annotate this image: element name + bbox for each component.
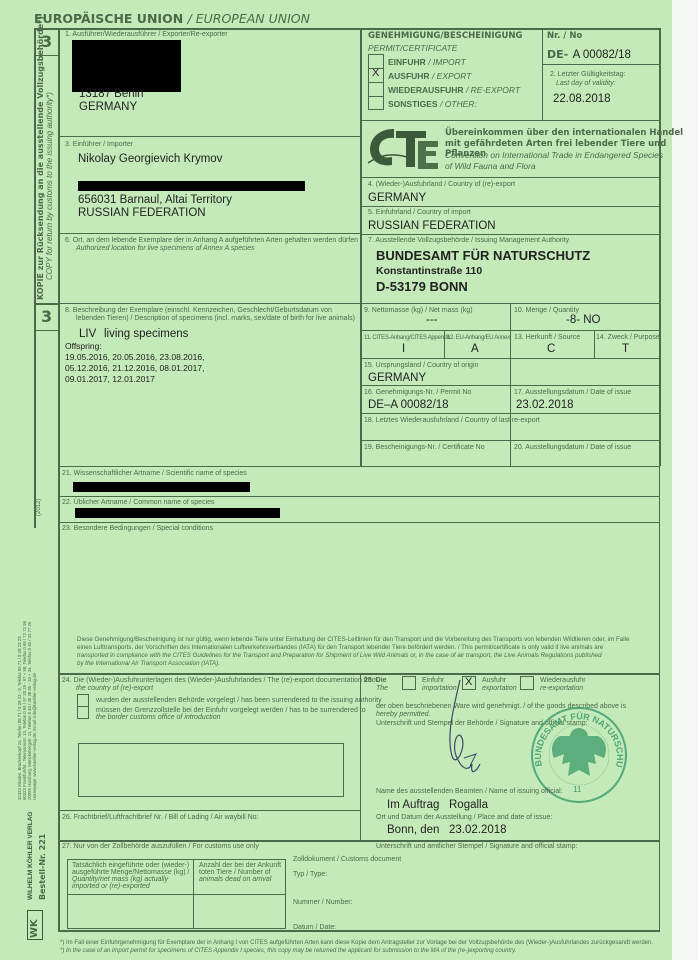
field27-label: 27. Nur von der Zollbehörde auszufüllen … xyxy=(62,843,259,851)
field3-label: 3. Einführer / Importer xyxy=(65,141,133,149)
redacted-importer-address xyxy=(78,181,305,191)
customs-type-label: Typ / Type: xyxy=(293,871,327,879)
cites-title-de-1: Übereinkommen über den internationalen H… xyxy=(445,128,683,138)
field1-label: 1. Ausführer/Wiederausführer / Exporter/… xyxy=(65,31,228,39)
cites-logo-icon xyxy=(364,123,442,175)
side-note-de: KOPIE zur Rücksendung an die ausstellend… xyxy=(36,16,45,300)
customs-document-label: Zolldokument / Customs document xyxy=(293,856,401,864)
footnote-de: *) Im Fall einer Einfuhrgenehmigung für … xyxy=(60,939,653,947)
exporter-country: GERMANY xyxy=(79,101,137,113)
field25-prefix: 25. Die xyxy=(364,677,387,685)
field2-label: 2. Letzter Gültigkeitstag: xyxy=(550,71,625,79)
field25-prefix-en: The xyxy=(376,685,388,693)
publisher-name: WILHELM KÖHLER VERLAG xyxy=(27,812,34,900)
publisher-order-no: Bestell-Nr. 221 xyxy=(38,834,47,900)
iata-notice-2: eines Lufttransports, der Vorschriften d… xyxy=(77,644,603,652)
purpose: T xyxy=(622,343,629,355)
import-country: RUSSIAN FEDERATION xyxy=(368,220,496,232)
offspring-dates-3: 09.01.2017, 12.01.2017 xyxy=(65,374,155,385)
field19-label: 19. Bescheinigungs-Nr. / Certificate No xyxy=(364,444,485,452)
cites-title-en-1: Convention on International Trade in End… xyxy=(445,150,663,160)
importer-country: RUSSIAN FEDERATION xyxy=(78,207,206,219)
eu-annex: A xyxy=(471,343,479,355)
publisher-logo-text: WK xyxy=(29,919,40,938)
permit-option-reexport: WIEDERAUSFUHR / RE-EXPORT xyxy=(388,85,520,95)
union-title-de: EUROPÄISCHE UNION xyxy=(34,11,183,26)
customs-number-label: Nummer / Number: xyxy=(293,899,353,907)
cites-appendix: I xyxy=(402,343,405,355)
customs-col2-line3: animals dead on arrival xyxy=(199,876,271,884)
reexportation-label: Wiederausfuhr xyxy=(540,677,586,685)
permit-title-de: GENEHMIGUNG/BESCHEINIGUNG xyxy=(368,31,523,41)
permit-option-export: AUSFUHR / EXPORT xyxy=(388,71,471,81)
field7-label: 7. Ausstellende Vollzugsbehörde / Issuin… xyxy=(368,237,569,245)
svg-text:11: 11 xyxy=(573,785,582,794)
field21-label: 21. Wissenschaftlicher Artname / Scienti… xyxy=(62,470,247,478)
validity-date: 22.08.2018 xyxy=(553,93,611,105)
customs-signature-label: Unterschrift und amtlicher Stempel / Sig… xyxy=(376,843,577,851)
quantity: -8- NO xyxy=(566,314,601,326)
field8-label: 8. Beschreibung der Exemplare (einschl. … xyxy=(65,307,332,315)
redacted-scientific-name xyxy=(73,482,250,492)
field16-label: 16. Genehmigungs-Nr. / Permit No xyxy=(364,389,471,397)
export-check-mark[interactable]: X xyxy=(372,67,379,79)
field8-label-en: lebenden Tieren) / Description of specim… xyxy=(76,315,355,323)
field24-label-en: the country of (re)-export xyxy=(76,685,153,693)
cites-title-en-2: of Wild Fauna and Flora xyxy=(445,161,536,171)
redacted-exporter xyxy=(72,40,181,92)
place-label: Ort und Datum der Ausstellung / Place an… xyxy=(376,814,552,822)
union-title: EUROPÄISCHE UNION / EUROPEAN UNION xyxy=(34,11,310,26)
copy-number-2: 3 xyxy=(41,307,52,326)
field24-option-1: wurden der ausstellenden Behörde vorgele… xyxy=(96,697,382,705)
field22-label: 22. Üblicher Artname / Common name of sp… xyxy=(62,499,215,507)
permit-title-en: PERMIT/CERTIFICATE xyxy=(368,43,457,53)
importation-checkbox[interactable] xyxy=(402,676,416,690)
number-label: Nr. / No xyxy=(547,31,582,41)
field26-label: 26. Frachtbrief/Luftfrachtbrief Nr. / Bi… xyxy=(62,814,258,822)
publisher-address-4: Homepage: www.koehler-verlag.de, Email: … xyxy=(32,673,37,800)
field2-label-en: Last day of validity: xyxy=(556,80,616,88)
reexportation-checkbox[interactable] xyxy=(520,676,534,690)
specimen-code: LIV xyxy=(79,328,96,340)
authority-city: D-53179 BONN xyxy=(376,279,468,294)
exporter-city: 13187 Berlin xyxy=(79,88,144,100)
union-title-en: / EUROPEAN UNION xyxy=(188,11,310,26)
reexportation-label-en: re-exportation xyxy=(540,685,583,693)
field14-label: 14. Zweck / Purpose xyxy=(596,334,660,342)
side-note-en: COPY for return by customs to the issuin… xyxy=(45,92,54,280)
offspring-label: Offspring: xyxy=(65,341,102,352)
field11-label: 11. CITES-Anhang/CITES Appendix xyxy=(364,334,450,342)
iata-notice-3: transported in compliance with the CITES… xyxy=(77,652,602,660)
permit-number-prefix: DE- xyxy=(547,48,568,61)
permit-no: DE–A 00082/18 xyxy=(368,399,449,411)
field24-text-box[interactable] xyxy=(78,743,344,797)
field23-label: 23. Besondere Bedingungen / Special cond… xyxy=(62,525,213,533)
permit-option-other: SONSTIGES / OTHER: xyxy=(388,99,477,109)
field13-label: 13. Herkunft / Source xyxy=(514,334,580,342)
issue-date: 23.02.2018 xyxy=(516,399,574,411)
signature-icon xyxy=(440,676,490,786)
place-date: Bonn, den 23.02.2018 xyxy=(387,824,507,836)
field15-label: 15. Ursprungsland / Country of origin xyxy=(364,362,478,370)
field6-label-en: Authorized location for live specimens o… xyxy=(76,245,255,253)
permit-number-value: A 00082/18 xyxy=(573,49,631,61)
net-mass: --- xyxy=(426,314,438,326)
field17-label: 17. Ausstellungsdatum / Date of issue xyxy=(514,389,631,397)
field24-option-2-en: the border customs office of introductio… xyxy=(96,714,221,722)
field9-label: 9. Nettomasse (kg) / Net mass (kg) xyxy=(364,307,473,315)
offspring-dates-2: 05.12.2016, 21.12.2016, 08.01.2017, xyxy=(65,363,204,374)
permitted-text-en: hereby permitted. xyxy=(376,711,430,719)
importer-city: 656031 Barnaul, Altai Territory xyxy=(78,194,232,206)
export-country: GERMANY xyxy=(368,192,426,204)
source: C xyxy=(547,343,555,355)
official-name: Im Auftrag Rogalla xyxy=(387,799,488,811)
iata-notice-1: Diese Genehmigung/Bescheinigung ist nur … xyxy=(77,636,629,644)
origin-country: GERMANY xyxy=(368,372,426,384)
offspring-dates-1: 19.05.2016, 20.05.2016, 23.08.2016, xyxy=(65,352,204,363)
field5-label: 5. Einfuhrland / Country of import xyxy=(368,209,471,217)
field12-label: 12. EU-Anhang/EU Annex xyxy=(447,334,510,342)
permit-number: DE- A 00082/18 xyxy=(547,45,631,63)
customs-col1-line4: imported or (re)-exported xyxy=(72,883,150,891)
importer-name: Nikolay Georgievich Krymov xyxy=(78,153,222,165)
authority-name: BUNDESAMT FÜR NATURSCHUTZ xyxy=(376,248,590,263)
redacted-common-name xyxy=(75,508,280,518)
authority-street: Konstantinstraße 110 xyxy=(376,265,482,277)
field18-label: 18. Letztes Wiederausfuhrland / Country … xyxy=(364,417,540,425)
form-year: (2012) xyxy=(36,499,42,516)
field24-label: 24. Die (Wieder-)Ausfuhrunterlagen des (… xyxy=(62,677,378,685)
official-label: Name des ausstellenden Beamten / Name of… xyxy=(376,788,563,796)
footnote-en: *) In the case of an import permit for s… xyxy=(60,947,516,955)
iata-notice-4: by the International Air Transport Assoc… xyxy=(77,660,220,668)
field6-label: 6. Ort, an dem lebende Exemplare der in … xyxy=(65,237,362,245)
permit-option-import: EINFUHR / IMPORT xyxy=(388,57,466,67)
specimen-description: living specimens xyxy=(104,328,188,340)
field20-label: 20. Ausstellungsdatum / Date of issue xyxy=(514,444,631,452)
field4-label: 4. (Wieder-)Ausfuhrland / Country of (re… xyxy=(368,181,515,189)
